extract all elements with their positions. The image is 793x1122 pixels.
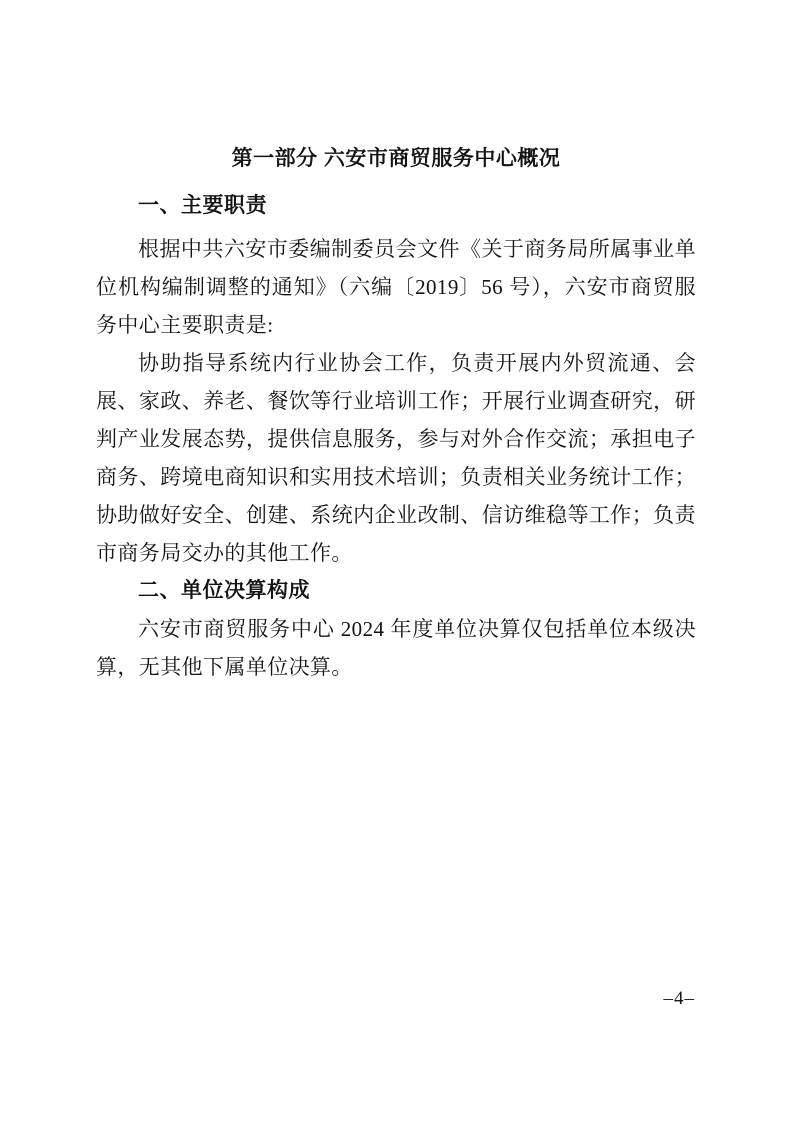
section-heading-main-duties: 一、主要职责 xyxy=(96,187,696,225)
section-budget-composition: 二、单位决算构成 六安市商贸服务中心 2024 年度单位决算仅包括单位本级决算，… xyxy=(96,572,696,686)
paragraph-budget-composition: 六安市商贸服务中心 2024 年度单位决算仅包括单位本级决算，无其他下属单位决算… xyxy=(96,610,696,686)
document-page: 第一部分 六安市商贸服务中心概况 一、主要职责 根据中共六安市委编制委员会文件《… xyxy=(0,0,793,1122)
paragraph-duties-detail: 协助指导系统内行业协会工作，负责开展内外贸流通、会展、家政、养老、餐饮等行业培训… xyxy=(96,344,696,572)
paragraph-duties-basis: 根据中共六安市委编制委员会文件《关于商务局所属事业单位机构编制调整的通知》（六编… xyxy=(96,230,696,344)
document-title: 第一部分 六安市商贸服务中心概况 xyxy=(96,146,696,172)
section-heading-budget-composition: 二、单位决算构成 xyxy=(96,572,696,610)
document-content: 第一部分 六安市商贸服务中心概况 一、主要职责 根据中共六安市委编制委员会文件《… xyxy=(0,0,793,686)
page-number: –4– xyxy=(664,988,696,1010)
section-main-duties: 一、主要职责 根据中共六安市委编制委员会文件《关于商务局所属事业单位机构编制调整… xyxy=(96,187,696,572)
